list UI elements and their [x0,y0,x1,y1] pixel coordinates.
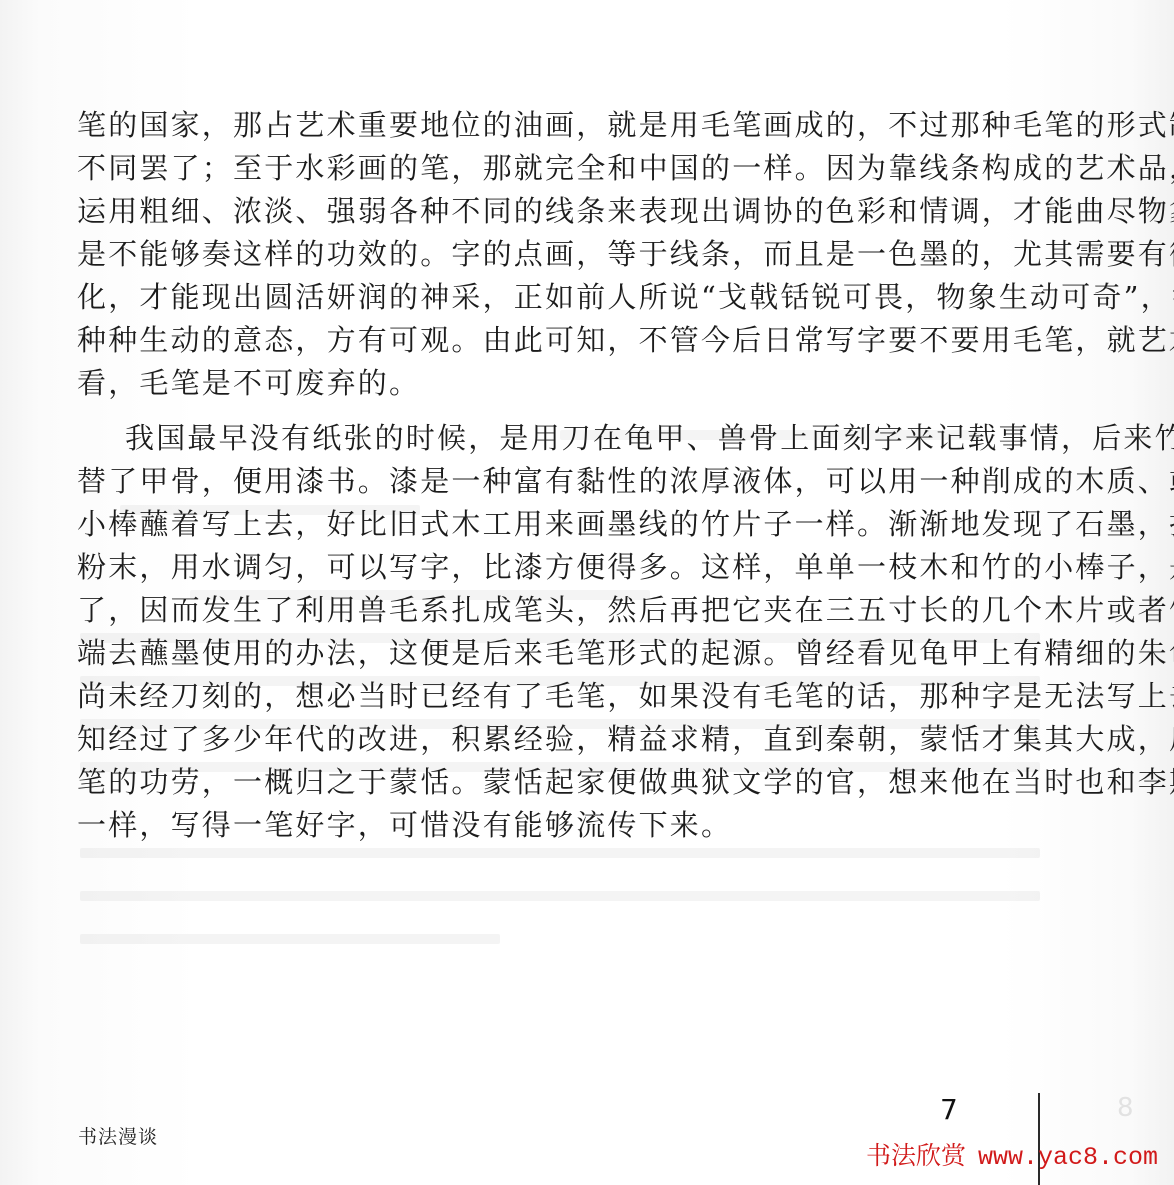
running-footer-book-title: 书法漫谈 [78,1122,158,1149]
text-line: 了，因而发生了利用兽毛系扎成笔头，然后再把它夹在三五寸长的几个木片或者竹片的尖 [77,589,1042,632]
text-line: 笔的功劳，一概归之于蒙恬。蒙恬起家便做典狱文学的官，想来他在当时也和李斯、赵高 [77,761,1042,804]
paragraph-gap [77,405,1042,417]
text-line: 种种生动的意态，方有可观。由此可知，不管今后日常写字要不要用毛笔，就艺术方面来 [77,319,1042,362]
site-watermark: 书法欣赏www.yac8.com [866,1136,1158,1172]
scanned-page: 笔的国家，那占艺术重要地位的油画，就是用毛笔画成的，不过那种毛笔的形式制作有点 … [0,0,1174,1185]
text-line: 笔的国家，那占艺术重要地位的油画，就是用毛笔画成的，不过那种毛笔的形式制作有点 [77,104,1042,147]
bleed-through-mark [80,891,1040,901]
text-line: 运用粗细、浓淡、强弱各种不同的线条来表现出调协的色彩和情调，才能曲尽物象，硬笔头 [77,190,1042,233]
text-line: 知经过了多少年代的改进，积累经验，精益求精，直到秦朝，蒙恬才集其大成，后世就把制 [77,718,1042,761]
text-line: 不同罢了；至于水彩画的笔，那就完全和中国的一样。因为靠线条构成的艺术品，要能够 [77,147,1042,190]
bleed-through-mark [80,848,1040,858]
text-line: 尚未经刀刻的，想必当时已经有了毛笔，如果没有毛笔的话，那种字是无法写上去的。不 [77,675,1042,718]
watermark-url: www.yac8.com [978,1143,1158,1172]
text-line: 粉末，用水调匀，可以写字，比漆方便得多。这样，单单一枝木和竹的小棒子，是不适用的 [77,546,1042,589]
text-line: 我国最早没有纸张的时候，是用刀在龟甲、兽骨上面刻字来记载事情，后来竹简、木简代 [77,417,1042,460]
text-line: 看，毛笔是不可废弃的。 [77,362,1042,405]
watermark-label: 书法欣赏 [866,1141,966,1170]
page-number: 7 [940,1093,958,1126]
text-line: 端去蘸墨使用的办法，这便是后来毛笔形式的起源。曾经看见龟甲上有精细的朱色文字 [77,632,1042,675]
text-line: 一样，写得一笔好字，可惜没有能够流传下来。 [77,804,1042,847]
text-line: 化，才能现出圆活妍润的神采，正如前人所说“戈戟铦锐可畏，物象生动可奇”，字要有那… [77,276,1042,319]
paragraph-1: 笔的国家，那占艺术重要地位的油画，就是用毛笔画成的，不过那种毛笔的形式制作有点 … [77,104,1042,405]
text-line: 小棒蘸着写上去，好比旧式木工用来画墨线的竹片子一样。渐渐地发现了石墨，把它研成 [77,503,1042,546]
text-line: 是不能够奏这样的功效的。字的点画，等于线条，而且是一色墨的，尤其需要有微妙的变 [77,233,1042,276]
body-text: 笔的国家，那占艺术重要地位的油画，就是用毛笔画成的，不过那种毛笔的形式制作有点 … [77,104,1042,847]
bleed-through-mark [80,934,500,944]
text-line: 替了甲骨，便用漆书。漆是一种富有黏性的浓厚液体，可以用一种削成的木质、或者是竹的 [77,460,1042,503]
facing-page-number: 8 [1117,1093,1134,1123]
paragraph-2: 我国最早没有纸张的时候，是用刀在龟甲、兽骨上面刻字来记载事情，后来竹简、木简代 … [77,417,1042,847]
